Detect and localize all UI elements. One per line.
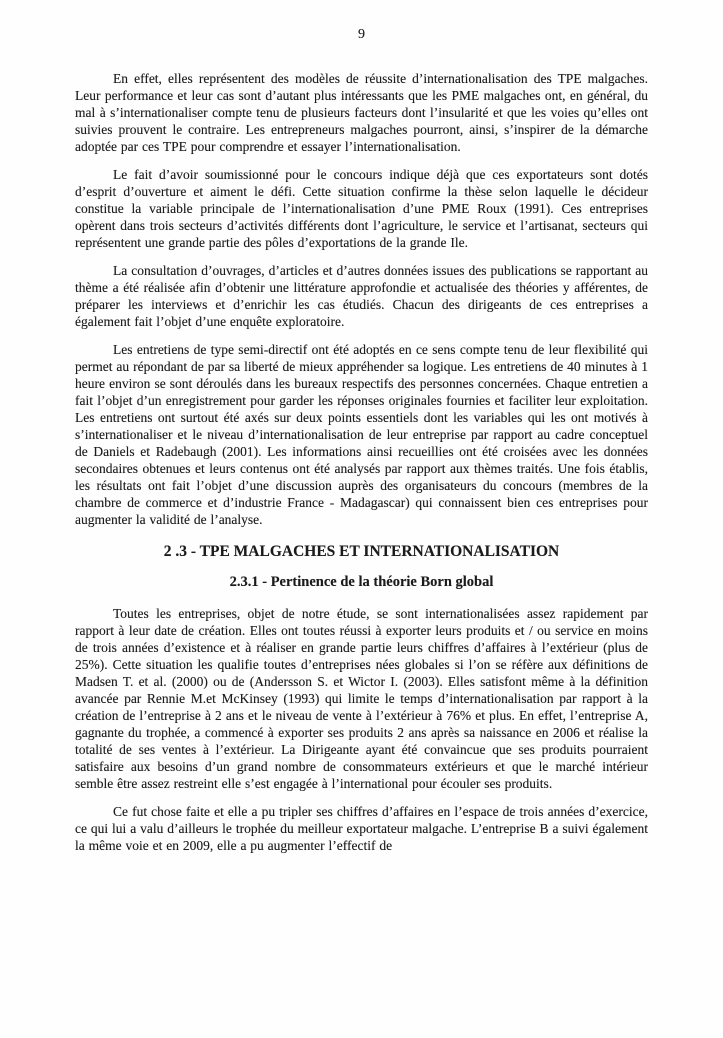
paragraph-entretiens: Les entretiens de type semi-directif ont… [75,341,648,528]
paragraph-concours: Le fait d’avoir soumissionné pour le con… [75,166,648,251]
page-number: 9 [75,26,648,43]
subsection-heading-2-3-1: 2.3.1 - Pertinence de la théorie Born gl… [75,574,648,591]
section-heading-2-3: 2 .3 - TPE MALGACHES ET INTERNATIONALISA… [75,543,648,561]
scanned-paper-page: 9 En effet, elles représentent des modèl… [0,0,723,1038]
paragraph-triple-ca: Ce fut chose faite et elle a pu tripler … [75,803,648,854]
paragraph-consultation: La consultation d’ouvrages, d’articles e… [75,262,648,330]
paragraph-intro-tpe: En effet, elles représentent des modèles… [75,70,648,155]
paragraph-born-global: Toutes les entreprises, objet de notre é… [75,605,648,792]
